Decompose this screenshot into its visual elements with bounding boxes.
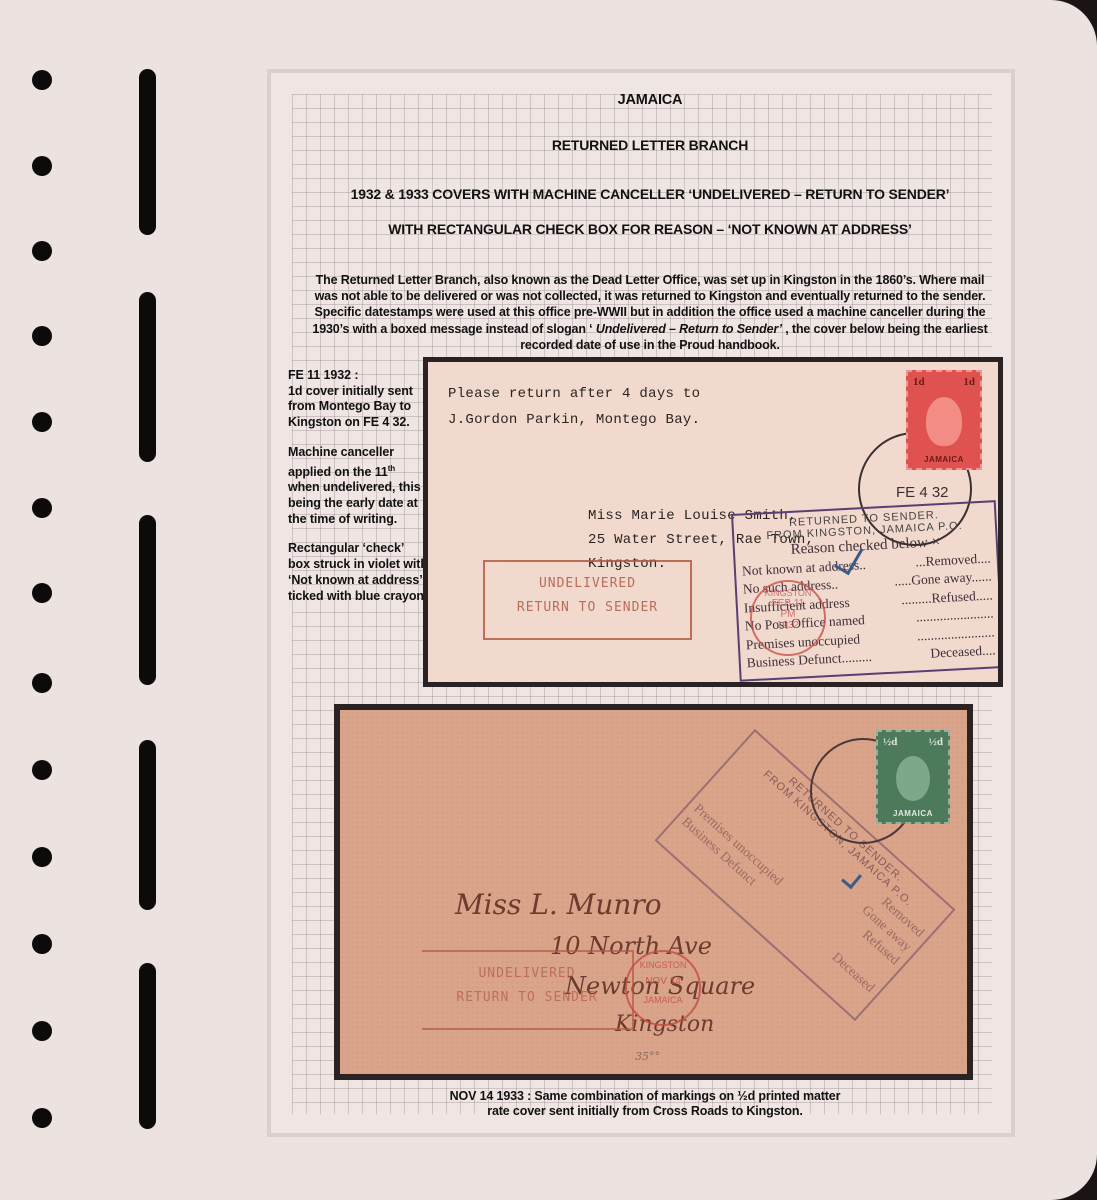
page-subtitle: RETURNED LETTER BRANCH	[300, 137, 1000, 153]
intro-italic-slogan: Undelivered – Return to Sender’	[593, 322, 782, 336]
stamp-country: JAMAICA	[893, 809, 933, 818]
caption-line-1: NOV 14 1933 : Same combination of markin…	[400, 1089, 890, 1104]
binder-hole	[32, 156, 52, 176]
binder-hole	[32, 1108, 52, 1128]
stamp-value-right: 1d	[963, 376, 975, 388]
cds-country: JAMAICA	[627, 995, 699, 1005]
stamp-value-left: ½d	[883, 736, 897, 748]
machine-cancel-box: UNDELIVERED RETURN TO SENDER	[483, 560, 692, 640]
side-note-text: Machine canceller applied on the 11	[288, 445, 394, 479]
stamp-value: 1d1d	[910, 376, 978, 388]
stamp-1d-red: 1d1d JAMAICA	[906, 370, 982, 470]
return-instruction-line-2: J.Gordon Parkin, Montego Bay.	[448, 412, 700, 428]
binder-slot	[139, 963, 156, 1129]
return-instruction-line-1: Please return after 4 days to	[448, 386, 700, 402]
king-george-portrait-icon	[896, 756, 930, 801]
machine-cancel-line-1: UNDELIVERED	[485, 572, 690, 596]
pencil-price-note: 35°°	[635, 1050, 660, 1063]
binder-slot	[139, 69, 156, 235]
binder-slot	[139, 515, 156, 685]
binder-hole	[32, 847, 52, 867]
handwritten-address-line-1: Miss L. Munro	[455, 888, 662, 921]
king-george-portrait-icon	[926, 397, 961, 445]
binder-hole	[32, 70, 52, 90]
cover-2-caption: NOV 14 1933 : Same combination of markin…	[400, 1089, 890, 1119]
binder-slot	[139, 292, 156, 462]
heading-line-2: WITH RECTANGULAR CHECK BOX FOR REASON – …	[300, 221, 1000, 237]
machine-cancel-line-2: RETURN TO SENDER	[485, 596, 690, 620]
stamp-value-right: ½d	[929, 736, 943, 748]
cds-time: PM	[752, 609, 824, 620]
binder-hole	[32, 673, 52, 693]
binder-hole	[32, 583, 52, 603]
kingston-red-datestamp: KINGSTON FEB 11 PM 1932	[750, 580, 826, 656]
binder-hole	[32, 934, 52, 954]
side-note-checkbox: Rectangular ‘check’ box struck in violet…	[288, 541, 428, 604]
binder-hole	[32, 326, 52, 346]
machine-cancel-line-2: RETURN TO SENDER	[422, 986, 632, 1010]
cds-date: NOV 14	[627, 976, 699, 987]
binder-hole	[32, 241, 52, 261]
binder-hole	[32, 498, 52, 518]
side-note-dates: FE 11 1932 : 1d cover initially sent fro…	[288, 368, 428, 431]
kingston-red-datestamp: KINGSTON NOV 14 JAMAICA	[625, 950, 701, 1026]
binder-hole	[32, 412, 52, 432]
machine-cancel-line-1: UNDELIVERED	[422, 962, 632, 986]
heading-line-1: 1932 & 1933 COVERS WITH MACHINE CANCELLE…	[300, 186, 1000, 202]
cover-2: Miss L. Munro 10 North Ave Newton Square…	[340, 710, 967, 1074]
binder-hole	[32, 1021, 52, 1041]
side-note-text: when undelivered, this being the early d…	[288, 480, 421, 525]
page-title: JAMAICA	[300, 92, 1000, 108]
cds-date: FEB 11	[752, 598, 824, 609]
cover-1: Please return after 4 days to J.Gordon P…	[428, 362, 998, 682]
side-note-machine: Machine canceller applied on the 11th wh…	[288, 445, 428, 528]
cds-office: KINGSTON	[752, 588, 824, 598]
binder-hole	[32, 760, 52, 780]
postmark-date: FE 4 32	[896, 484, 949, 501]
stamp-halfpenny-green: ½d½d JAMAICA	[876, 730, 950, 824]
stamp-value-left: 1d	[913, 376, 925, 388]
stamp-country: JAMAICA	[924, 455, 964, 464]
cds-office: KINGSTON	[627, 960, 699, 970]
caption-line-2: rate cover sent initially from Cross Roa…	[400, 1104, 890, 1119]
ordinal-suffix: th	[388, 464, 395, 473]
machine-cancel-box: UNDELIVERED RETURN TO SENDER	[422, 950, 634, 1030]
check-row-right: Deceased....	[930, 641, 996, 663]
binder-slot	[139, 740, 156, 910]
cds-year: 1932	[752, 620, 824, 631]
side-notes: FE 11 1932 : 1d cover initially sent fro…	[288, 368, 428, 618]
stamp-value: ½d½d	[880, 736, 946, 748]
intro-paragraph: The Returned Letter Branch, also known a…	[310, 272, 990, 353]
